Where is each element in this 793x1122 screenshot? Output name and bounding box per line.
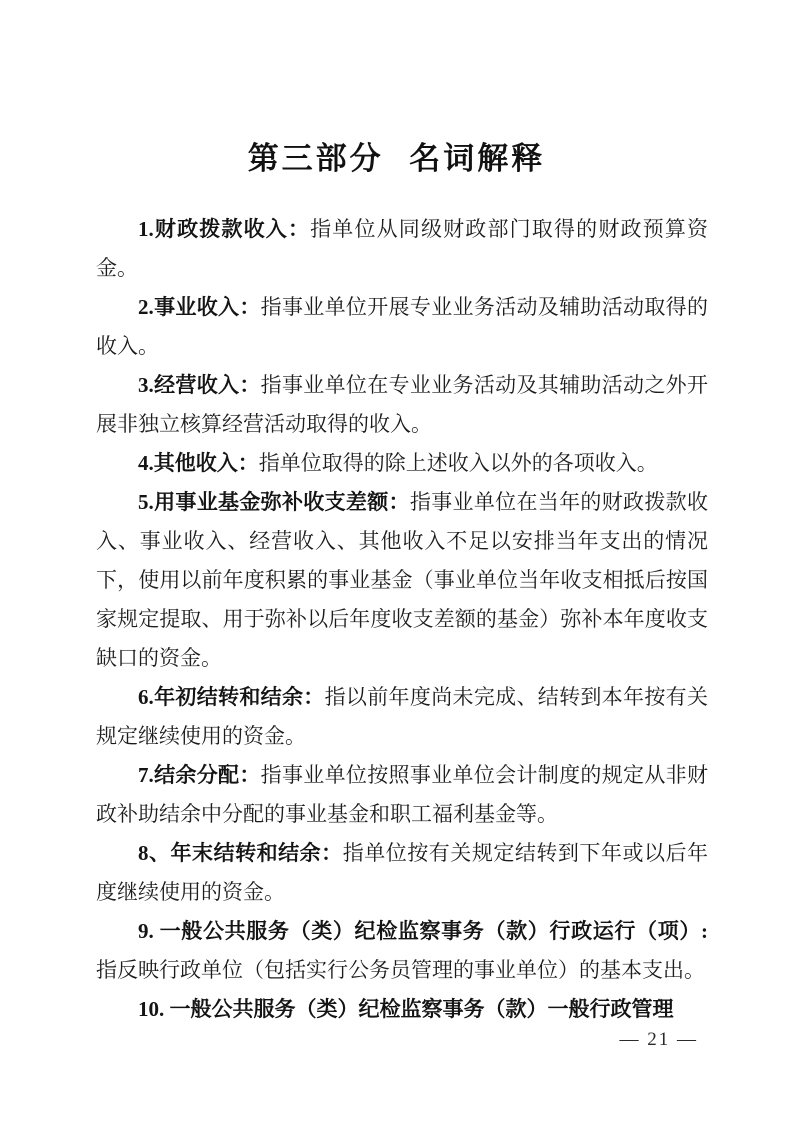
glossary-item: 6.年初结转和结余：指以前年度尚未完成、结转到本年按有关规定继续使用的资金。 xyxy=(96,678,708,756)
glossary-term: 9. 一般公共服务（类）纪检监察事务（款）行政运行（项）: xyxy=(138,919,708,943)
page-number: — 21 — xyxy=(620,1029,699,1051)
glossary-item: 5.用事业基金弥补收支差额：指事业单位在当年的财政拨款收入、事业收入、经营收入、… xyxy=(96,483,708,678)
glossary-term: 10. 一般公共服务（类）纪检监察事务（款）一般行政管理 xyxy=(138,997,674,1021)
glossary-item: 2.事业收入：指事业单位开展专业业务活动及辅助活动取得的收入。 xyxy=(96,288,708,366)
glossary-term: 4.其他收入： xyxy=(138,451,259,475)
glossary-term: 3.经营收入： xyxy=(138,373,261,397)
glossary-item: 7.结余分配：指事业单位按照事业单位会计制度的规定从非财政补助结余中分配的事业基… xyxy=(96,756,708,834)
glossary-definition: 指单位取得的除上述收入以外的各项收入。 xyxy=(259,451,658,475)
glossary-term: 1.财政拨款收入： xyxy=(138,217,310,241)
page-title: 第三部分 名词解释 xyxy=(0,133,793,178)
glossary-item: 3.经营收入：指事业单位在专业业务活动及其辅助活动之外开展非独立核算经营活动取得… xyxy=(96,366,708,444)
glossary-item: 10. 一般公共服务（类）纪检监察事务（款）一般行政管理 xyxy=(96,990,708,1029)
glossary-item: 8、年末结转和结余：指单位按有关规定结转到下年或以后年度继续使用的资金。 xyxy=(96,834,708,912)
glossary-body: 1.财政拨款收入：指单位从同级财政部门取得的财政预算资金。 2.事业收入：指事业… xyxy=(96,210,708,1029)
glossary-term: 7.结余分配： xyxy=(138,763,261,787)
glossary-item: 9. 一般公共服务（类）纪检监察事务（款）行政运行（项）:指反映行政单位（包括实… xyxy=(96,912,708,990)
glossary-term: 5.用事业基金弥补收支差额： xyxy=(138,490,410,514)
glossary-item: 4.其他收入：指单位取得的除上述收入以外的各项收入。 xyxy=(96,444,708,483)
glossary-term: 6.年初结转和结余： xyxy=(138,685,325,709)
glossary-term: 2.事业收入： xyxy=(138,295,261,319)
document-page: 第三部分 名词解释 1.财政拨款收入：指单位从同级财政部门取得的财政预算资金。 … xyxy=(0,0,793,1122)
glossary-definition: 指反映行政单位（包括实行公务员管理的事业单位）的基本支出。 xyxy=(96,958,705,982)
glossary-term: 8、年末结转和结余： xyxy=(138,841,343,865)
glossary-definition: 指事业单位在当年的财政拨款收入、事业收入、经营收入、其他收入不足以安排当年支出的… xyxy=(96,490,708,670)
glossary-item: 1.财政拨款收入：指单位从同级财政部门取得的财政预算资金。 xyxy=(96,210,708,288)
